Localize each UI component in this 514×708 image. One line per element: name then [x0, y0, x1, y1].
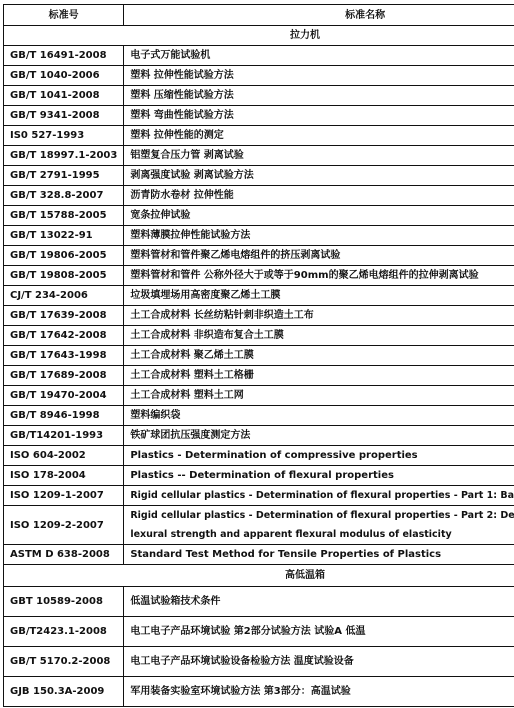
standard-name: 电工电子产品环境试验设备检验方法 温度试验设备 — [124, 647, 514, 677]
standard-name: 塑料薄膜拉伸性能试验方法 — [124, 226, 514, 246]
standard-code: GB/T 328.8-2007 — [4, 186, 124, 206]
standard-code: GB/T 17689-2008 — [4, 366, 124, 386]
standard-code: GB/T 19808-2005 — [4, 266, 124, 286]
standard-code: GB/T 17642-2008 — [4, 326, 124, 346]
table-row: CJ/T 234-2006垃圾填埋场用高密度聚乙烯土工膜 — [4, 286, 514, 306]
standard-code: GB/T 1041-2008 — [4, 86, 124, 106]
standard-code: GJB 150.3A-2009 — [4, 677, 124, 707]
standard-name: 土工合成材料 聚乙烯土工膜 — [124, 346, 514, 366]
table-row: ISO 604-2002Plastics - Determination of … — [4, 446, 514, 466]
standard-name: 土工合成材料 长丝纺粘针刺非织造土工布 — [124, 306, 514, 326]
table-row: GB/T 13022-91塑料薄膜拉伸性能试验方法 — [4, 226, 514, 246]
standard-code: GB/T 19806-2005 — [4, 246, 124, 266]
standard-name: 塑料 拉伸性能试验方法 — [124, 66, 514, 86]
standard-name: 铝塑复合压力管 剥离试验 — [124, 146, 514, 166]
table-row: GB/T 19470-2004土工合成材料 塑料土工网 — [4, 386, 514, 406]
table-row: GB/T2423.1-2008电工电子产品环境试验 第2部分试验方法 试验A 低… — [4, 617, 514, 647]
standard-code: GB/T 19470-2004 — [4, 386, 124, 406]
standard-name: 塑料管材和管件聚乙烯电熔组件的挤压剥离试验 — [124, 246, 514, 266]
table-row: GB/T 9341-2008塑料 弯曲性能试验方法 — [4, 106, 514, 126]
standard-name: 电工电子产品环境试验 第2部分试验方法 试验A 低温 — [124, 617, 514, 647]
standard-name: 塑料编织袋 — [124, 406, 514, 426]
table-row: GB/T 18997.1-2003铝塑复合压力管 剥离试验 — [4, 146, 514, 166]
table-row: GB/T 16491-2008电子式万能试验机 — [4, 46, 514, 66]
standard-name: Rigid cellular plastics - Determination … — [124, 486, 514, 506]
standard-code: CJ/T 234-2006 — [4, 286, 124, 306]
standard-name: 土工合成材料 塑料土工网 — [124, 386, 514, 406]
standard-code: GB/T2423.1-2008 — [4, 617, 124, 647]
standard-name: Plastics - Determination of compressive … — [124, 446, 514, 466]
table-row: GJB 150.3A-2009军用装备实验室环境试验方法 第3部分：高温试验 — [4, 677, 514, 707]
table-row: GB/T 8946-1998塑料编织袋 — [4, 406, 514, 426]
table-row: ISO 1209-2-2007Rigid cellular plastics -… — [4, 506, 514, 545]
standard-name: 剥离强度试验 剥离试验方法 — [124, 166, 514, 186]
table-row: GBT 10589-2008低温试验箱技术条件 — [4, 587, 514, 617]
standard-name: 塑料 弯曲性能试验方法 — [124, 106, 514, 126]
table-row: GB/T 19808-2005塑料管材和管件 公称外径大于或等于90mm的聚乙烯… — [4, 266, 514, 286]
table-row: GB/T 1041-2008塑料 压缩性能试验方法 — [4, 86, 514, 106]
standard-code: GB/T 15788-2005 — [4, 206, 124, 226]
standard-code: GB/T 9341-2008 — [4, 106, 124, 126]
table-row: GB/T 5170.2-2008电工电子产品环境试验设备检验方法 温度试验设备 — [4, 647, 514, 677]
standard-code: ISO 1209-1-2007 — [4, 486, 124, 506]
table-header-row: 标准号 标准名称 — [4, 5, 514, 26]
standard-name: 沥青防水卷材 拉伸性能 — [124, 186, 514, 206]
standard-name: 塑料 拉伸性能的测定 — [124, 126, 514, 146]
table-row: GB/T 15788-2005宽条拉伸试验 — [4, 206, 514, 226]
table-row: GB/T 19806-2005塑料管材和管件聚乙烯电熔组件的挤压剥离试验 — [4, 246, 514, 266]
column-header-code: 标准号 — [4, 5, 124, 26]
standard-code: GB/T 8946-1998 — [4, 406, 124, 426]
standard-code: GB/T 16491-2008 — [4, 46, 124, 66]
table-row: ASTM D 638-2008Standard Test Method for … — [4, 545, 514, 565]
standard-code: GB/T 13022-91 — [4, 226, 124, 246]
table-row: GB/T 2791-1995剥离强度试验 剥离试验方法 — [4, 166, 514, 186]
standard-name: 垃圾填埋场用高密度聚乙烯土工膜 — [124, 286, 514, 306]
standard-code: GB/T 17643-1998 — [4, 346, 124, 366]
standard-code: GB/T14201-1993 — [4, 426, 124, 446]
standard-name: 土工合成材料 非织造布复合土工膜 — [124, 326, 514, 346]
standard-code: GB/T 18997.1-2003 — [4, 146, 124, 166]
standard-name: 低温试验箱技术条件 — [124, 587, 514, 617]
standard-code: GBT 10589-2008 — [4, 587, 124, 617]
standard-code: GB/T 5170.2-2008 — [4, 647, 124, 677]
standard-code: GB/T 2791-1995 — [4, 166, 124, 186]
standard-code: GB/T 17639-2008 — [4, 306, 124, 326]
standard-code: ISO 1209-2-2007 — [4, 506, 124, 545]
table-row: GB/T 17689-2008土工合成材料 塑料土工格栅 — [4, 366, 514, 386]
standard-code: ASTM D 638-2008 — [4, 545, 124, 565]
standard-name: Plastics -- Determination of flexural pr… — [124, 466, 514, 486]
standard-name: 塑料 压缩性能试验方法 — [124, 86, 514, 106]
section-row: 拉力机 — [4, 26, 514, 46]
standard-code: IS0 527-1993 — [4, 126, 124, 146]
section-row: 高低温箱 — [4, 565, 514, 587]
table-row: GB/T 17643-1998土工合成材料 聚乙烯土工膜 — [4, 346, 514, 366]
standard-name: Standard Test Method for Tensile Propert… — [124, 545, 514, 565]
standard-code: GB/T 1040-2006 — [4, 66, 124, 86]
table-row: GB/T 328.8-2007沥青防水卷材 拉伸性能 — [4, 186, 514, 206]
column-header-name: 标准名称 — [124, 5, 514, 26]
table-row: GB/T 1040-2006塑料 拉伸性能试验方法 — [4, 66, 514, 86]
section-title: 拉力机 — [4, 26, 514, 46]
standard-name: 塑料管材和管件 公称外径大于或等于90mm的聚乙烯电熔组件的拉伸剥离试验 — [124, 266, 514, 286]
table-row: GB/T14201-1993铁矿球团抗压强度测定方法 — [4, 426, 514, 446]
standard-code: ISO 604-2002 — [4, 446, 124, 466]
table-row: IS0 527-1993塑料 拉伸性能的测定 — [4, 126, 514, 146]
table-row: ISO 178-2004Plastics -- Determination of… — [4, 466, 514, 486]
standard-name: 宽条拉伸试验 — [124, 206, 514, 226]
standard-name: 军用装备实验室环境试验方法 第3部分：高温试验 — [124, 677, 514, 707]
table-row: GB/T 17639-2008土工合成材料 长丝纺粘针刺非织造土工布 — [4, 306, 514, 326]
section-title: 高低温箱 — [4, 565, 514, 587]
standards-table: 标准号 标准名称 拉力机 GB/T 16491-2008电子式万能试验机 GB/… — [3, 4, 514, 707]
standard-code: ISO 178-2004 — [4, 466, 124, 486]
table-row: GB/T 17642-2008土工合成材料 非织造布复合土工膜 — [4, 326, 514, 346]
standard-name: 土工合成材料 塑料土工格栅 — [124, 366, 514, 386]
standard-name: 电子式万能试验机 — [124, 46, 514, 66]
standard-name: 铁矿球团抗压强度测定方法 — [124, 426, 514, 446]
standard-name: Rigid cellular plastics - Determination … — [124, 506, 514, 545]
table-row: ISO 1209-1-2007Rigid cellular plastics -… — [4, 486, 514, 506]
